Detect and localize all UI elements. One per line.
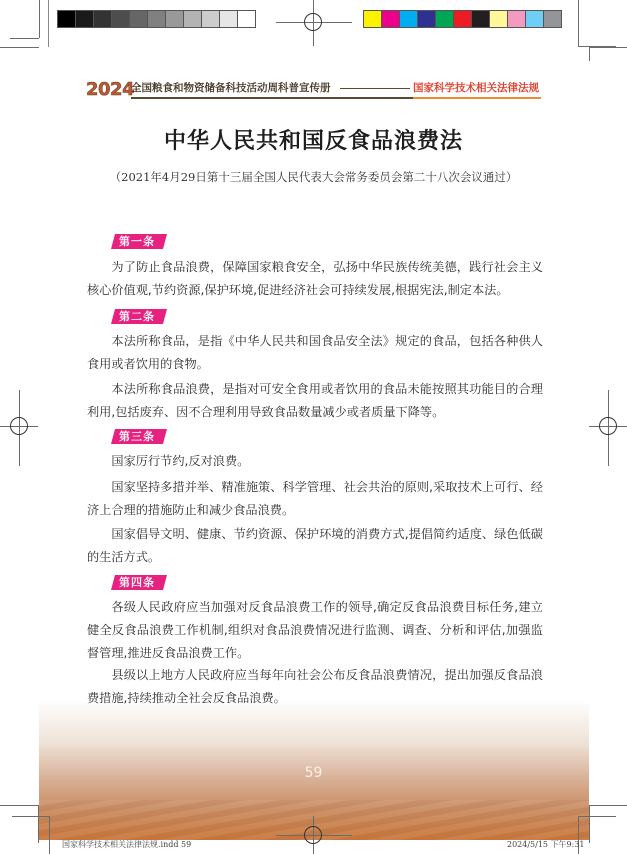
header-divider-dash bbox=[340, 88, 410, 89]
color-swatch bbox=[58, 11, 75, 27]
crop-mark bbox=[0, 47, 39, 48]
article-paragraph: 本法所称食品浪费，是指对可安全食用或者饮用的食品未能按照其功能目的合理利用,包括… bbox=[87, 378, 543, 424]
color-swatch bbox=[544, 11, 561, 27]
header-publication-title: 全国粮食和物资储备科技活动周科普宣传册 bbox=[131, 80, 331, 95]
color-swatch bbox=[382, 11, 399, 27]
crop-mark bbox=[48, 0, 49, 47]
grayscale-color-bar bbox=[57, 10, 256, 28]
header-rule-accent bbox=[413, 97, 541, 99]
header-year: 2024 bbox=[86, 79, 134, 100]
crop-mark bbox=[578, 0, 579, 46]
color-swatch bbox=[490, 11, 507, 27]
crop-mark bbox=[10, 38, 39, 39]
article-paragraph: 国家坚持多措并举、精准施策、科学管理、社会共治的原则,采取技术上可行、经济上合理… bbox=[87, 476, 543, 522]
crop-mark bbox=[578, 816, 616, 817]
article-label: 第一条 bbox=[111, 234, 167, 249]
color-swatch bbox=[112, 11, 129, 27]
article-paragraph: 为了防止食品浪费，保障国家粮食安全，弘扬中华民族传统美德，践行社会主义核心价值观… bbox=[87, 256, 543, 302]
color-swatch bbox=[202, 11, 219, 27]
crop-mark bbox=[589, 805, 590, 843]
crop-mark bbox=[12, 816, 49, 817]
page-number: 59 bbox=[0, 765, 627, 781]
article-paragraph: 县级以上地方人民政府应当每年向社会公布反食品浪费情况，提出加强反食品浪费措施,持… bbox=[87, 664, 543, 710]
article-paragraph: 本法所称食品，是指《中华人民共和国食品安全法》规定的食品，包括各种供人食用或者饮… bbox=[87, 330, 543, 376]
color-swatch bbox=[454, 11, 471, 27]
slug-timestamp: 2024/5/15 下午9:31 bbox=[507, 839, 585, 850]
color-swatch bbox=[220, 11, 237, 27]
header-section-title: 国家科学技术相关法律法规 bbox=[413, 80, 539, 95]
color-swatch bbox=[166, 11, 183, 27]
article-label: 第二条 bbox=[111, 309, 167, 324]
color-swatch bbox=[364, 11, 381, 27]
crop-mark bbox=[589, 805, 627, 806]
color-swatch bbox=[148, 11, 165, 27]
color-swatch bbox=[418, 11, 435, 27]
crop-mark bbox=[589, 47, 590, 61]
color-swatch bbox=[238, 11, 255, 27]
color-swatch bbox=[508, 11, 525, 27]
article-paragraph: 国家厉行节约,反对浪费。 bbox=[87, 450, 543, 473]
page-subtitle: （2021年4月29日第十三届全国人民代表大会常务委员会第二十八次会议通过） bbox=[0, 169, 627, 185]
article-paragraph: 国家倡导文明、健康、节约资源、保护环境的消费方式,提倡简约适度、绿色低碳的生活方… bbox=[87, 523, 543, 569]
color-swatch bbox=[184, 11, 201, 27]
crop-mark bbox=[39, 0, 40, 38]
article-paragraph: 各级人民政府应当加强对反食品浪费工作的领导,确定反食品浪费目标任务,建立健全反食… bbox=[87, 596, 543, 665]
color-swatch bbox=[400, 11, 417, 27]
crop-mark bbox=[38, 805, 39, 843]
color-swatch bbox=[94, 11, 111, 27]
page-title: 中华人民共和国反食品浪费法 bbox=[0, 124, 627, 155]
color-swatch bbox=[472, 11, 489, 27]
crop-mark bbox=[589, 47, 627, 48]
process-color-bar bbox=[363, 10, 562, 28]
color-swatch bbox=[436, 11, 453, 27]
crop-mark bbox=[0, 805, 39, 806]
article-label: 第四条 bbox=[111, 575, 167, 590]
article-label: 第三条 bbox=[111, 429, 167, 444]
crop-mark bbox=[49, 816, 50, 854]
header-rule bbox=[131, 97, 413, 99]
color-swatch bbox=[130, 11, 147, 27]
color-swatch bbox=[526, 11, 543, 27]
slug-filename: 国家科学技术相关法律法规.indd 59 bbox=[62, 839, 191, 850]
color-swatch bbox=[76, 11, 93, 27]
